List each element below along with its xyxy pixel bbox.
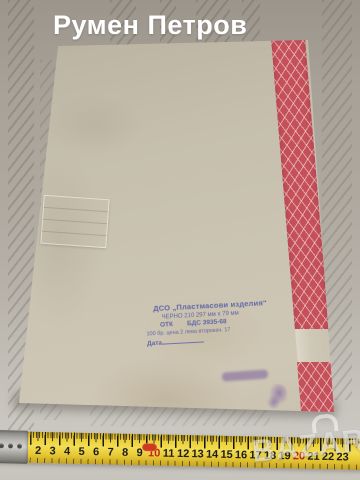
stamp-otk: ОТК [160,321,173,329]
binding-stripe-gap [295,329,334,364]
blank-label-sticker [40,195,109,248]
tape-number: 12 [176,447,191,461]
stamp-date-blank [162,336,204,344]
tape-number: 15 [219,448,234,462]
tape-number: 11 [161,447,176,461]
tape-number: 5 [74,445,89,459]
tape-number: 4 [60,444,75,458]
tape-number: 8 [118,446,133,460]
tape-number: 13 [190,447,205,461]
tape-number: 3 [45,444,60,458]
listing-photo: ДСО „Пластмасови изделия“ ЧЕРНО 210 297 … [0,0,360,480]
tape-metal-clip [0,430,28,464]
red-binding-stripe [271,38,329,331]
tape-number: 6 [89,445,104,459]
purple-ink-smudge [222,369,269,381]
stamp-date-label: Дата [147,340,162,348]
stamp-bds: БДС 3935-68 [187,318,227,327]
tape-number: 2 [31,444,46,458]
seller-name-overlay: Румен Петров [53,10,247,41]
tape-number: 16 [234,448,249,462]
purple-ink-stamp [264,383,288,411]
tape-number: 14 [205,447,220,461]
tape-brand-badge [142,443,157,451]
shopping-bag-handle-icon [311,413,339,434]
tape-number: 7 [103,445,118,459]
factory-ink-stamp: ДСО „Пластмасови изделия“ ЧЕРНО 210 297 … [145,298,279,348]
red-binding-stripe [297,362,337,414]
